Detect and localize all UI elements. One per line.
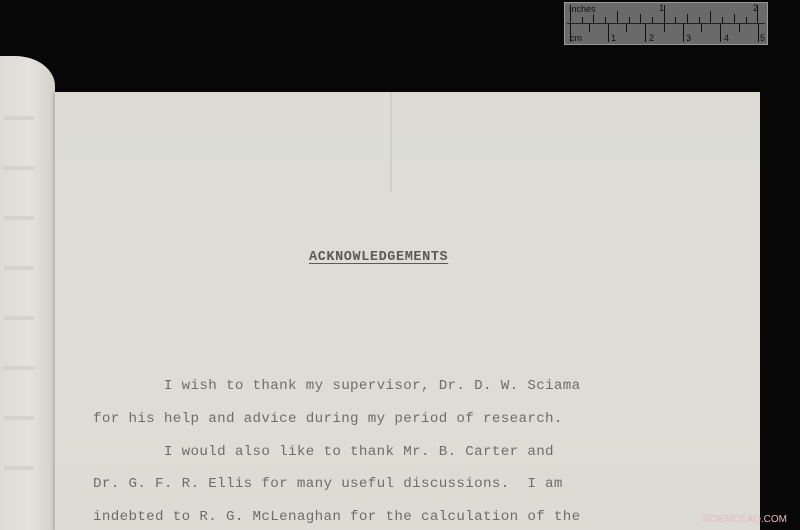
thesis-page: ACKNOWLEDGEMENTS I wish to thank my supe…	[55, 92, 760, 530]
cm-number-3: 3	[686, 33, 691, 43]
ruler-baseline	[567, 23, 765, 24]
bleed-through-text	[4, 166, 34, 170]
bleed-through-text	[4, 116, 34, 120]
left-facing-page	[0, 56, 55, 530]
bleed-through-text	[4, 316, 34, 320]
cm-number-5: 5	[760, 33, 765, 43]
page-crease	[390, 92, 392, 192]
cm-number-4: 4	[724, 33, 729, 43]
text-line-2: for his help and advice during my period…	[93, 411, 563, 427]
bleed-through-text	[4, 216, 34, 220]
text-line-3: I would also like to thank Mr. B. Carter…	[93, 444, 554, 460]
watermark: SCIENCEAQ.COM	[702, 514, 787, 525]
cm-label: cm	[570, 33, 582, 43]
text-line-5: indebted to R. G. McLenaghan for the cal…	[93, 509, 581, 525]
cm-number-2: 2	[649, 33, 654, 43]
bleed-through-text	[4, 266, 34, 270]
bleed-through-text	[4, 466, 34, 470]
inches-label: Inches	[569, 4, 596, 14]
cm-number-1: 1	[611, 33, 616, 43]
bleed-through-text	[4, 366, 34, 370]
bleed-through-text	[4, 416, 34, 420]
text-line-1: I wish to thank my supervisor, Dr. D. W.…	[93, 378, 581, 394]
page-heading: ACKNOWLEDGEMENTS	[309, 250, 448, 265]
scale-ruler: Inches 1 2 cm 1 2 3 4 5	[564, 2, 768, 45]
text-line-4: Dr. G. F. R. Ellis for many useful discu…	[93, 476, 563, 492]
